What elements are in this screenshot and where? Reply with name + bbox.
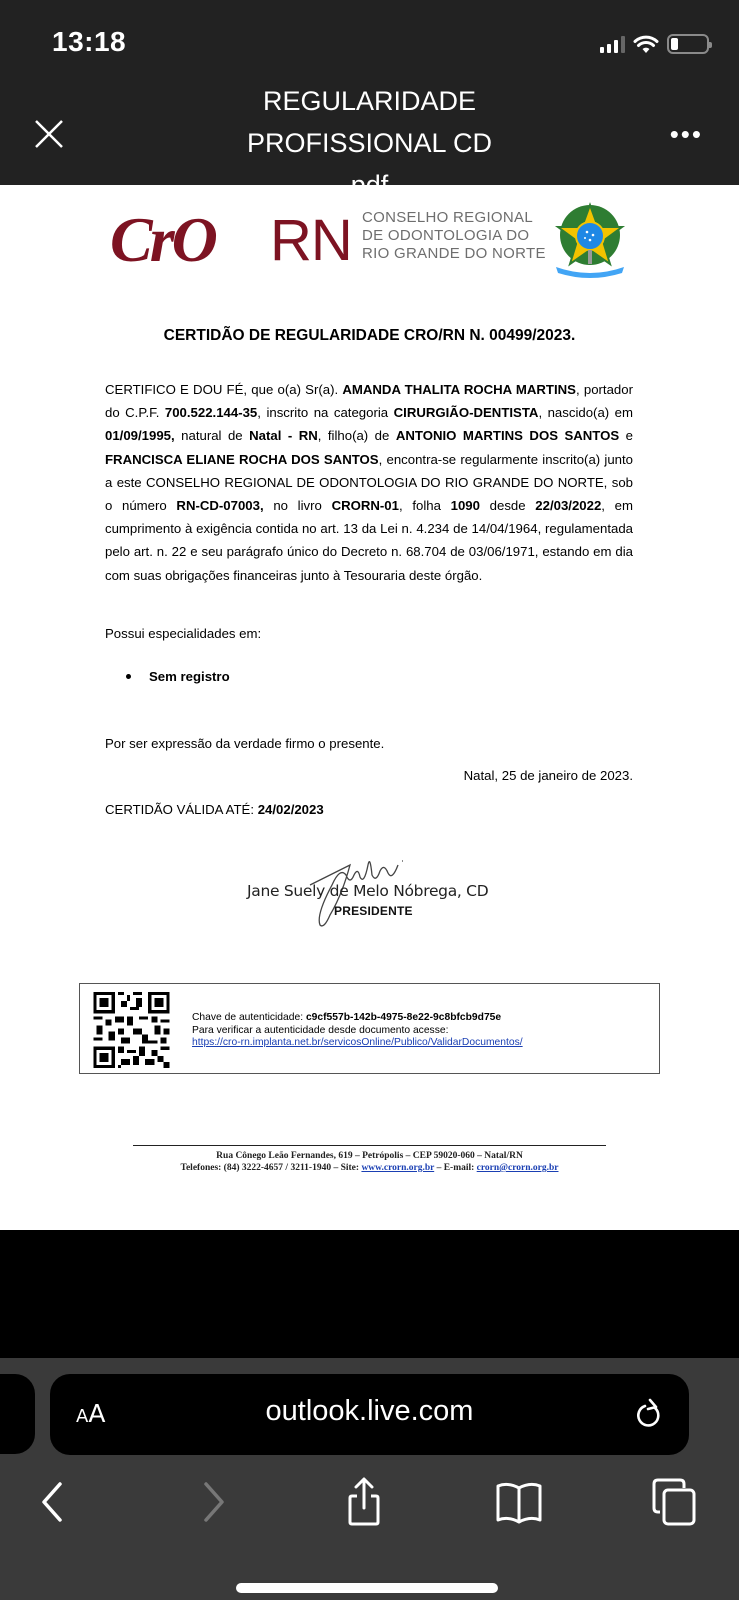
letterhead-footer: Rua Cônego Leão Fernandes, 619 – Petrópo…	[0, 1150, 739, 1174]
rn-logo: RN	[270, 207, 352, 274]
book-number: CRORN-01	[332, 498, 399, 513]
authenticity-text: Chave de autenticidade: c9cf557b-142b-49…	[192, 1012, 523, 1050]
validity-date: 24/02/2023	[258, 802, 324, 817]
registration-number: RN-CD-07003,	[176, 498, 263, 513]
registration-date: 22/03/2022	[535, 498, 601, 513]
footer-email-link[interactable]: crorn@crorn.org.br	[477, 1163, 559, 1173]
specialty-list-item: Sem registro	[126, 669, 230, 684]
forward-icon[interactable]	[186, 1476, 236, 1526]
council-line: DE ODONTOLOGIA DO	[362, 227, 546, 245]
browser-nav-row	[0, 1476, 739, 1536]
cellular-signal-icon	[600, 35, 625, 53]
validity-label: CERTIDÃO VÁLIDA ATÉ:	[105, 802, 254, 817]
more-options-button[interactable]: •••	[670, 124, 703, 144]
mother-name: FRANCISCA ELIANE ROCHA DOS SANTOS	[105, 452, 379, 467]
specialty-text: Sem registro	[149, 669, 230, 684]
bookmarks-icon[interactable]	[494, 1476, 544, 1526]
signature-block: Jane Suely de Melo Nóbrega, CD PRESIDENT…	[240, 845, 500, 935]
brazil-coat-of-arms-icon	[550, 199, 630, 279]
close-icon[interactable]	[33, 118, 65, 150]
tabs-icon[interactable]	[650, 1476, 700, 1526]
birth-date: 01/09/1995,	[105, 428, 175, 443]
council-line: RIO GRANDE DO NORTE	[362, 245, 546, 263]
authenticity-box: Chave de autenticidade: c9cf557b-142b-49…	[79, 983, 660, 1074]
status-icons	[600, 34, 709, 54]
browser-toolbar: AA outlook.live.com	[0, 1358, 739, 1600]
pdf-page: CrO RN CONSELHO REGIONAL DE ODONTOLOGIA …	[0, 185, 739, 1230]
council-line: CONSELHO REGIONAL	[362, 209, 546, 227]
title-line-1: REGULARIDADE	[150, 80, 589, 122]
holder-name: AMANDA THALITA ROCHA MARTINS	[342, 382, 576, 397]
back-icon[interactable]	[30, 1476, 80, 1526]
certificate-title: CERTIDÃO DE REGULARIDADE CRO/RN N. 00499…	[0, 327, 739, 345]
signer-name: Jane Suely de Melo Nóbrega, CD	[247, 882, 488, 900]
footer-address: Rua Cônego Leão Fernandes, 619 – Petrópo…	[0, 1150, 739, 1162]
key-label: Chave de autenticidade:	[192, 1012, 303, 1023]
cpf-value: 700.522.144-35	[165, 405, 257, 420]
verify-instructions: Para verificar a autenticidade desde doc…	[192, 1025, 523, 1038]
footer-site-link[interactable]: www.crorn.org.br	[361, 1163, 434, 1173]
page-number: 1090	[451, 498, 480, 513]
url-text[interactable]: outlook.live.com	[50, 1395, 689, 1428]
battery-icon	[667, 34, 709, 54]
father-name: ANTONIO MARTINS DOS SANTOS	[396, 428, 619, 443]
verify-link[interactable]: https://cro-rn.implanta.net.br/servicosO…	[192, 1037, 523, 1050]
title-line-3: pdf	[150, 164, 589, 185]
document-title: REGULARIDADE PROFISSIONAL CD pdf	[150, 80, 589, 185]
certificate-body: CERTIFICO E DOU FÉ, que o(a) Sr(a). AMAN…	[105, 378, 633, 587]
reload-icon[interactable]	[633, 1396, 665, 1432]
share-icon[interactable]	[340, 1476, 390, 1526]
specialties-label: Possui especialidades em:	[105, 626, 261, 641]
category-value: CIRURGIÃO-DENTISTA	[394, 405, 539, 420]
council-name: CONSELHO REGIONAL DE ODONTOLOGIA DO RIO …	[362, 209, 546, 263]
address-bar[interactable]: AA outlook.live.com	[50, 1374, 689, 1455]
place-date: Natal, 25 de janeiro de 2023.	[464, 768, 633, 783]
viewer-header: 13:18 REGULARIDADE PROFISSIONAL CD pdf •…	[0, 0, 739, 185]
footer-phones: Telefones: (84) 3222-4657 / 3211-1940 – …	[181, 1163, 360, 1173]
wifi-icon	[633, 34, 659, 54]
birthplace: Natal - RN	[249, 428, 318, 443]
bullet-icon	[126, 674, 131, 679]
previous-tab-preview[interactable]	[0, 1374, 35, 1454]
signer-role: PRESIDENTE	[334, 904, 413, 918]
footer-divider	[133, 1145, 606, 1146]
closing-statement: Por ser expressão da verdade firmo o pre…	[105, 736, 384, 751]
footer-email-label: – E-mail:	[437, 1163, 475, 1173]
cro-logo: CrO	[110, 203, 215, 277]
authenticity-key: c9cf557b-142b-4975-8e22-9c8bfcb9d75e	[306, 1012, 501, 1023]
letterhead: CrO RN CONSELHO REGIONAL DE ODONTOLOGIA …	[110, 199, 630, 279]
title-line-2: PROFISSIONAL CD	[150, 122, 589, 164]
validity: CERTIDÃO VÁLIDA ATÉ: 24/02/2023	[105, 802, 324, 817]
status-time: 13:18	[52, 26, 126, 58]
qr-code-icon[interactable]	[93, 992, 170, 1068]
home-indicator[interactable]	[236, 1583, 498, 1593]
